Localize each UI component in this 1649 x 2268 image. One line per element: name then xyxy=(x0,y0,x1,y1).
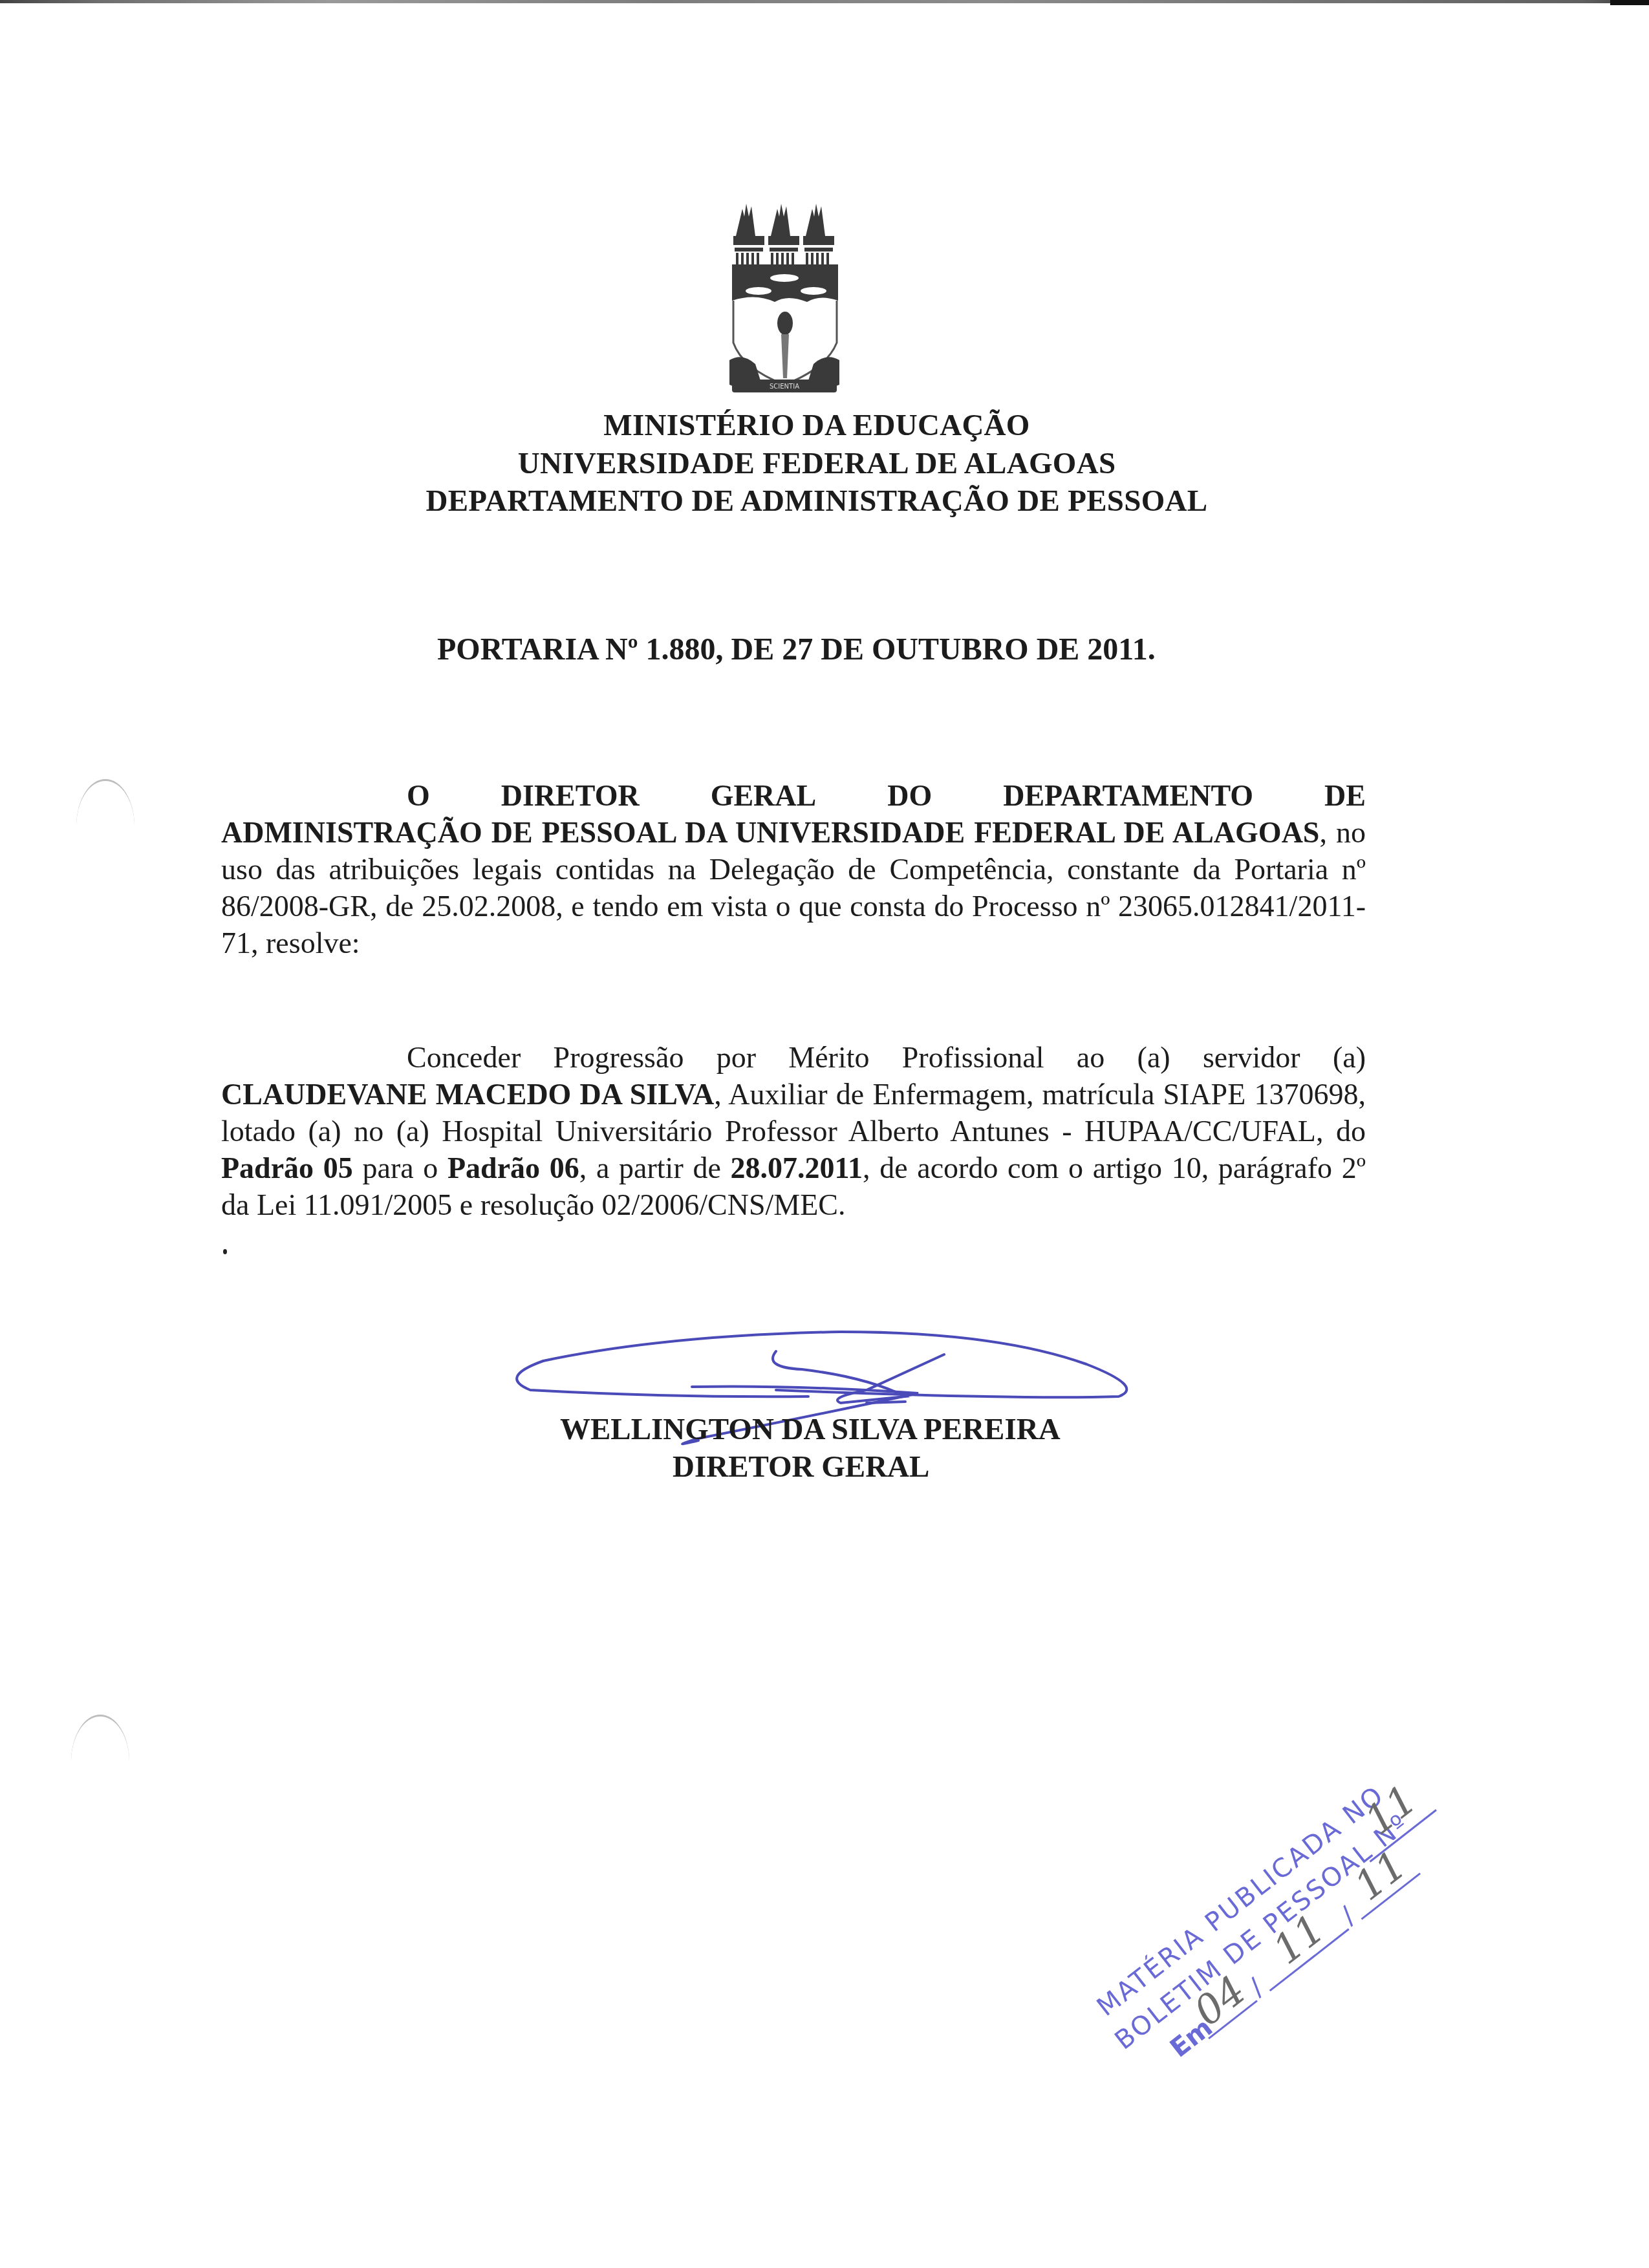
preamble-word: DEPARTAMENTO xyxy=(1003,777,1253,814)
resolution-text-4: , a partir de xyxy=(579,1151,731,1184)
resolution-text-1: Conceder Progressão por Mérito Profissio… xyxy=(407,1041,1366,1074)
signatory-name: WELLINGTON DA SILVA PEREIRA xyxy=(560,1411,1061,1448)
resolution-text-3: para o xyxy=(353,1151,447,1184)
stamp-line-2: BOLETIM DE PESSOAL Nº xyxy=(1110,1808,1415,2056)
ufal-coat-of-arms-icon: SCIENTIA xyxy=(723,191,846,404)
effective-date: 28.07.2011 xyxy=(731,1151,863,1184)
svg-text:/: / xyxy=(1335,1901,1361,1931)
preamble-paragraph: O DIRETOR GERAL DO DEPARTAMENTO DE ADMIN… xyxy=(221,777,1366,961)
punch-hole-mark xyxy=(76,779,135,826)
scan-corner-artifact xyxy=(1610,0,1649,5)
publication-stamp: MATÉRIA PUBLICADA NO BOLETIM DE PESSOAL … xyxy=(1067,1746,1455,2082)
scan-edge-artifact xyxy=(0,0,1649,3)
punch-hole-mark xyxy=(71,1715,129,1762)
stray-mark xyxy=(223,1249,227,1254)
portaria-title: PORTARIA Nº 1.880, DE 27 DE OUTUBRO DE 2… xyxy=(437,630,1213,669)
preamble-word: GERAL xyxy=(711,777,817,814)
to-level: Padrão 06 xyxy=(447,1151,579,1184)
employee-name: CLAUDEVANE MACEDO DA SILVA xyxy=(221,1078,714,1111)
preamble-word: DIRETOR xyxy=(501,777,640,814)
preamble-word: O xyxy=(407,777,430,814)
preamble-first-line: O DIRETOR GERAL DO DEPARTAMENTO DE xyxy=(221,777,1366,814)
crest-motto: SCIENTIA xyxy=(770,383,799,390)
preamble-word: DO xyxy=(887,777,932,814)
from-level: Padrão 05 xyxy=(221,1151,353,1184)
preamble-word: DE xyxy=(1324,777,1366,814)
university-name: UNIVERSIDADE FEDERAL DE ALAGOAS xyxy=(0,445,1641,483)
department-name: DEPARTAMENTO DE ADMINISTRAÇÃO DE PESSOAL xyxy=(0,482,1641,520)
ministry-name: MINISTÉRIO DA EDUCAÇÃO xyxy=(0,407,1641,445)
signatory-role: DIRETOR GERAL xyxy=(673,1448,929,1486)
preamble-bold-authority: ADMINISTRAÇÃO DE PESSOAL DA UNIVERSIDADE… xyxy=(221,816,1319,849)
resolution-paragraph: Conceder Progressão por Mérito Profissio… xyxy=(221,1039,1366,1223)
